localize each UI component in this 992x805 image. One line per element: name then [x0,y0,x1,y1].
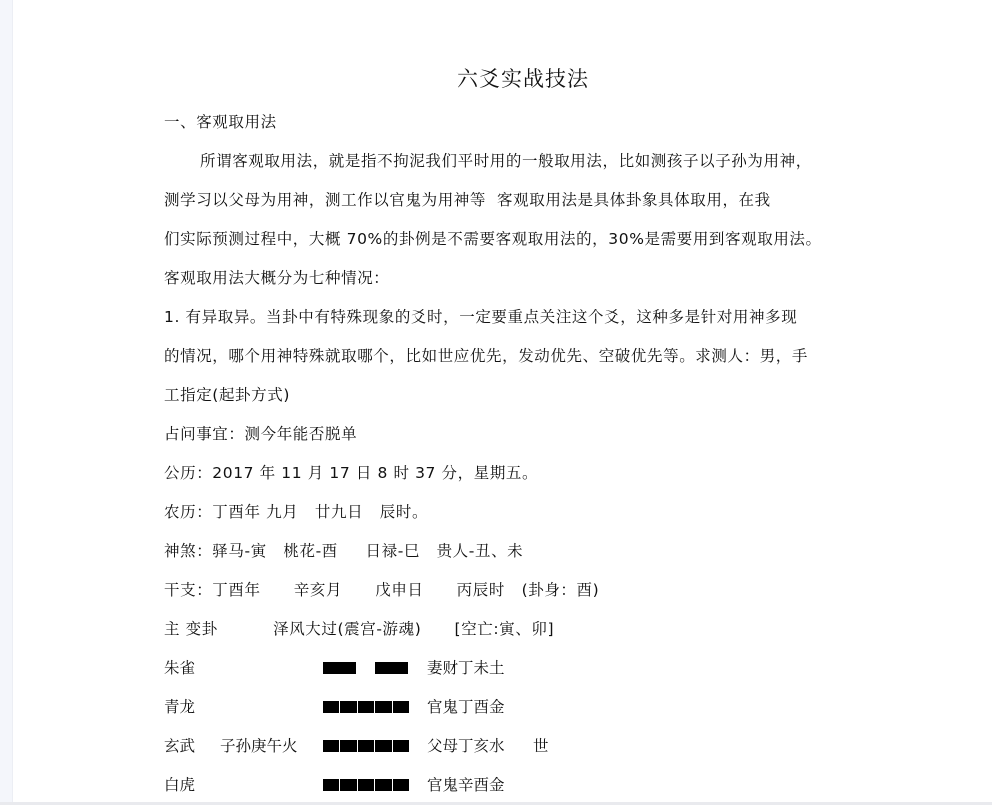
ganzhi-line: 干支：丁酉年 辛亥月 戊申日 丙辰时 (卦身：酉) [164,580,599,600]
shi-ying-mark: 世 [533,736,549,756]
document-title: 六爻实战技法 [13,63,992,93]
yin-line-icon [323,662,409,674]
document-page: 六爻实战技法 一、客观取用法 所谓客观取用法，就是指不拘泥我们平时用的一般取用法… [13,0,992,802]
item1-line-3: 工指定(起卦方式) [164,385,290,405]
six-god-label: 朱雀 [164,658,195,678]
yang-line-icon [323,740,409,752]
paragraph-line-2: 测学习以父母为用神，测工作以官鬼为用神等 客观取用法是具体卦象具体取用，在我 [164,190,771,210]
left-panel-edge [0,0,13,805]
yao-label: 父母丁亥水 [427,736,505,756]
six-god-label: 青龙 [164,697,195,717]
item1-line-2: 的情况，哪个用神特殊就取哪个，比如世应优先，发动优先、空破优先等。求测人：男，手 [164,346,808,366]
yao-label: 妻财丁未土 [427,658,505,678]
paragraph-line-1: 所谓客观取用法，就是指不拘泥我们平时用的一般取用法，比如测孩子以子孙为用神， [200,151,812,171]
six-god-label: 玄武 [164,736,195,756]
yao-label: 官鬼丁酉金 [427,697,505,717]
yang-line-icon [323,779,409,791]
lunar-date-line: 农历：丁酉年 九月 廿九日 辰时。 [164,502,428,522]
hidden-spirit: 子孙庚午火 [220,736,298,756]
gua-line: 主 变卦 泽风大过(震宫-游魂) [空亡:寅、卯] [164,619,554,639]
yang-line-icon [323,701,409,713]
paragraph-line-4: 客观取用法大概分为七种情况： [164,268,389,288]
shensha-line: 神煞：驿马-寅 桃花-酉 日禄-巳 贵人-丑、未 [164,541,523,561]
paragraph-line-3: 们实际预测过程中，大概 70%的卦例是不需要客观取用法的，30%是需要用到客观取… [164,229,822,249]
item1-line-1: 1. 有异取异。当卦中有特殊现象的爻时，一定要重点关注这个爻，这种多是针对用神多… [164,307,797,327]
yao-label: 官鬼辛酉金 [427,775,505,795]
solar-date-line: 公历：2017 年 11 月 17 日 8 时 37 分，星期五。 [164,463,538,483]
question-line: 占问事宜：测今年能否脱单 [164,424,357,444]
section-heading: 一、客观取用法 [164,112,277,132]
six-god-label: 白虎 [164,775,195,795]
